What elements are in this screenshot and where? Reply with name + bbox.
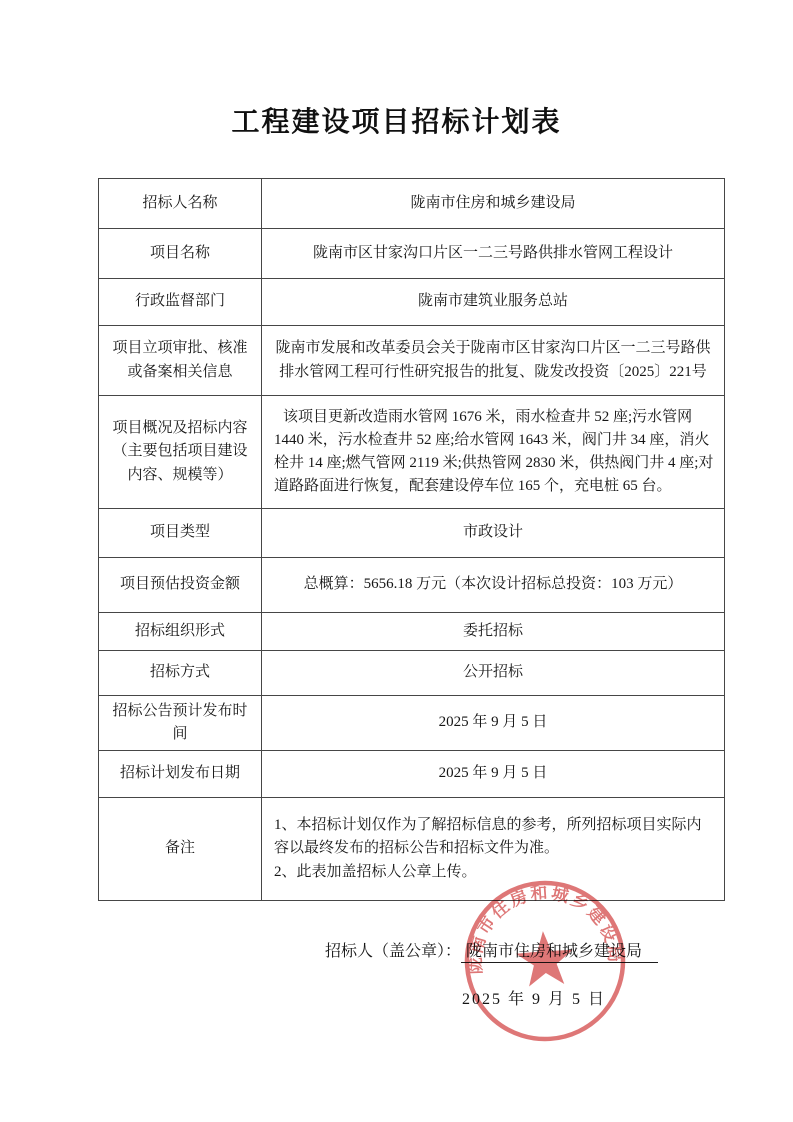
row-value: 2025 年 9 月 5 日 bbox=[262, 751, 725, 798]
row-value: 2025 年 9 月 5 日 bbox=[262, 696, 725, 751]
row-label: 行政监督部门 bbox=[99, 279, 262, 326]
document-page: { "page": { "title": "工程建设项目招标计划表" }, "t… bbox=[0, 0, 793, 1122]
table-row: 项目名称 陇南市区甘家沟口片区一二三号路供排水管网工程设计 bbox=[99, 229, 725, 279]
table-row: 项目类型 市政设计 bbox=[99, 509, 725, 558]
signer-name: 陇南市住房和城乡建设局 bbox=[461, 943, 658, 963]
table-row: 项目概况及招标内容（主要包括项目建设内容、规模等） 该项目更新改造雨水管网 16… bbox=[99, 396, 725, 509]
row-value: 总概算：5656.18 万元（本次设计招标总投资：103 万元） bbox=[262, 558, 725, 613]
row-label: 招标方式 bbox=[99, 651, 262, 696]
row-value: 陇南市建筑业服务总站 bbox=[262, 279, 725, 326]
row-label: 备注 bbox=[99, 798, 262, 901]
table-row: 招标方式 公开招标 bbox=[99, 651, 725, 696]
signer-line: 招标人（盖公章）：陇南市住房和城乡建设局 bbox=[325, 938, 658, 961]
row-value: 该项目更新改造雨水管网 1676 米，雨水检查井 52 座;污水管网 1440 … bbox=[262, 396, 725, 509]
table-row: 招标计划发布日期 2025 年 9 月 5 日 bbox=[99, 751, 725, 798]
row-label: 项目概况及招标内容（主要包括项目建设内容、规模等） bbox=[99, 396, 262, 509]
row-label: 招标组织形式 bbox=[99, 613, 262, 651]
page-title: 工程建设项目招标计划表 bbox=[0, 100, 793, 140]
row-value: 陇南市发展和改革委员会关于陇南市区甘家沟口片区一二三号路供排水管网工程可行性研究… bbox=[262, 326, 725, 396]
table-row: 招标组织形式 委托招标 bbox=[99, 613, 725, 651]
row-label: 招标计划发布日期 bbox=[99, 751, 262, 798]
table-row: 项目立项审批、核准或备案相关信息 陇南市发展和改革委员会关于陇南市区甘家沟口片区… bbox=[99, 326, 725, 396]
row-label: 项目预估投资金额 bbox=[99, 558, 262, 613]
row-label: 招标人名称 bbox=[99, 179, 262, 229]
signer-label: 招标人（盖公章）： bbox=[325, 943, 461, 960]
row-value: 市政设计 bbox=[262, 509, 725, 558]
row-value: 委托招标 bbox=[262, 613, 725, 651]
table-row: 行政监督部门 陇南市建筑业服务总站 bbox=[99, 279, 725, 326]
table-row: 招标公告预计发布时间 2025 年 9 月 5 日 bbox=[99, 696, 725, 751]
table-row: 备注 1、本招标计划仅作为了解招标信息的参考，所列招标项目实际内容以最终发布的招… bbox=[99, 798, 725, 901]
row-value: 1、本招标计划仅作为了解招标信息的参考，所列招标项目实际内容以最终发布的招标公告… bbox=[262, 798, 725, 901]
table-row: 项目预估投资金额 总概算：5656.18 万元（本次设计招标总投资：103 万元… bbox=[99, 558, 725, 613]
row-label: 项目立项审批、核准或备案相关信息 bbox=[99, 326, 262, 396]
row-value: 公开招标 bbox=[262, 651, 725, 696]
row-label: 项目名称 bbox=[99, 229, 262, 279]
bidding-plan-table: 招标人名称 陇南市住房和城乡建设局 项目名称 陇南市区甘家沟口片区一二三号路供排… bbox=[98, 178, 725, 901]
row-label: 招标公告预计发布时间 bbox=[99, 696, 262, 751]
table-row: 招标人名称 陇南市住房和城乡建设局 bbox=[99, 179, 725, 229]
row-value: 陇南市区甘家沟口片区一二三号路供排水管网工程设计 bbox=[262, 229, 725, 279]
signature-date: 2025 年 9 月 5 日 bbox=[462, 986, 606, 1009]
row-value: 陇南市住房和城乡建设局 bbox=[262, 179, 725, 229]
row-label: 项目类型 bbox=[99, 509, 262, 558]
